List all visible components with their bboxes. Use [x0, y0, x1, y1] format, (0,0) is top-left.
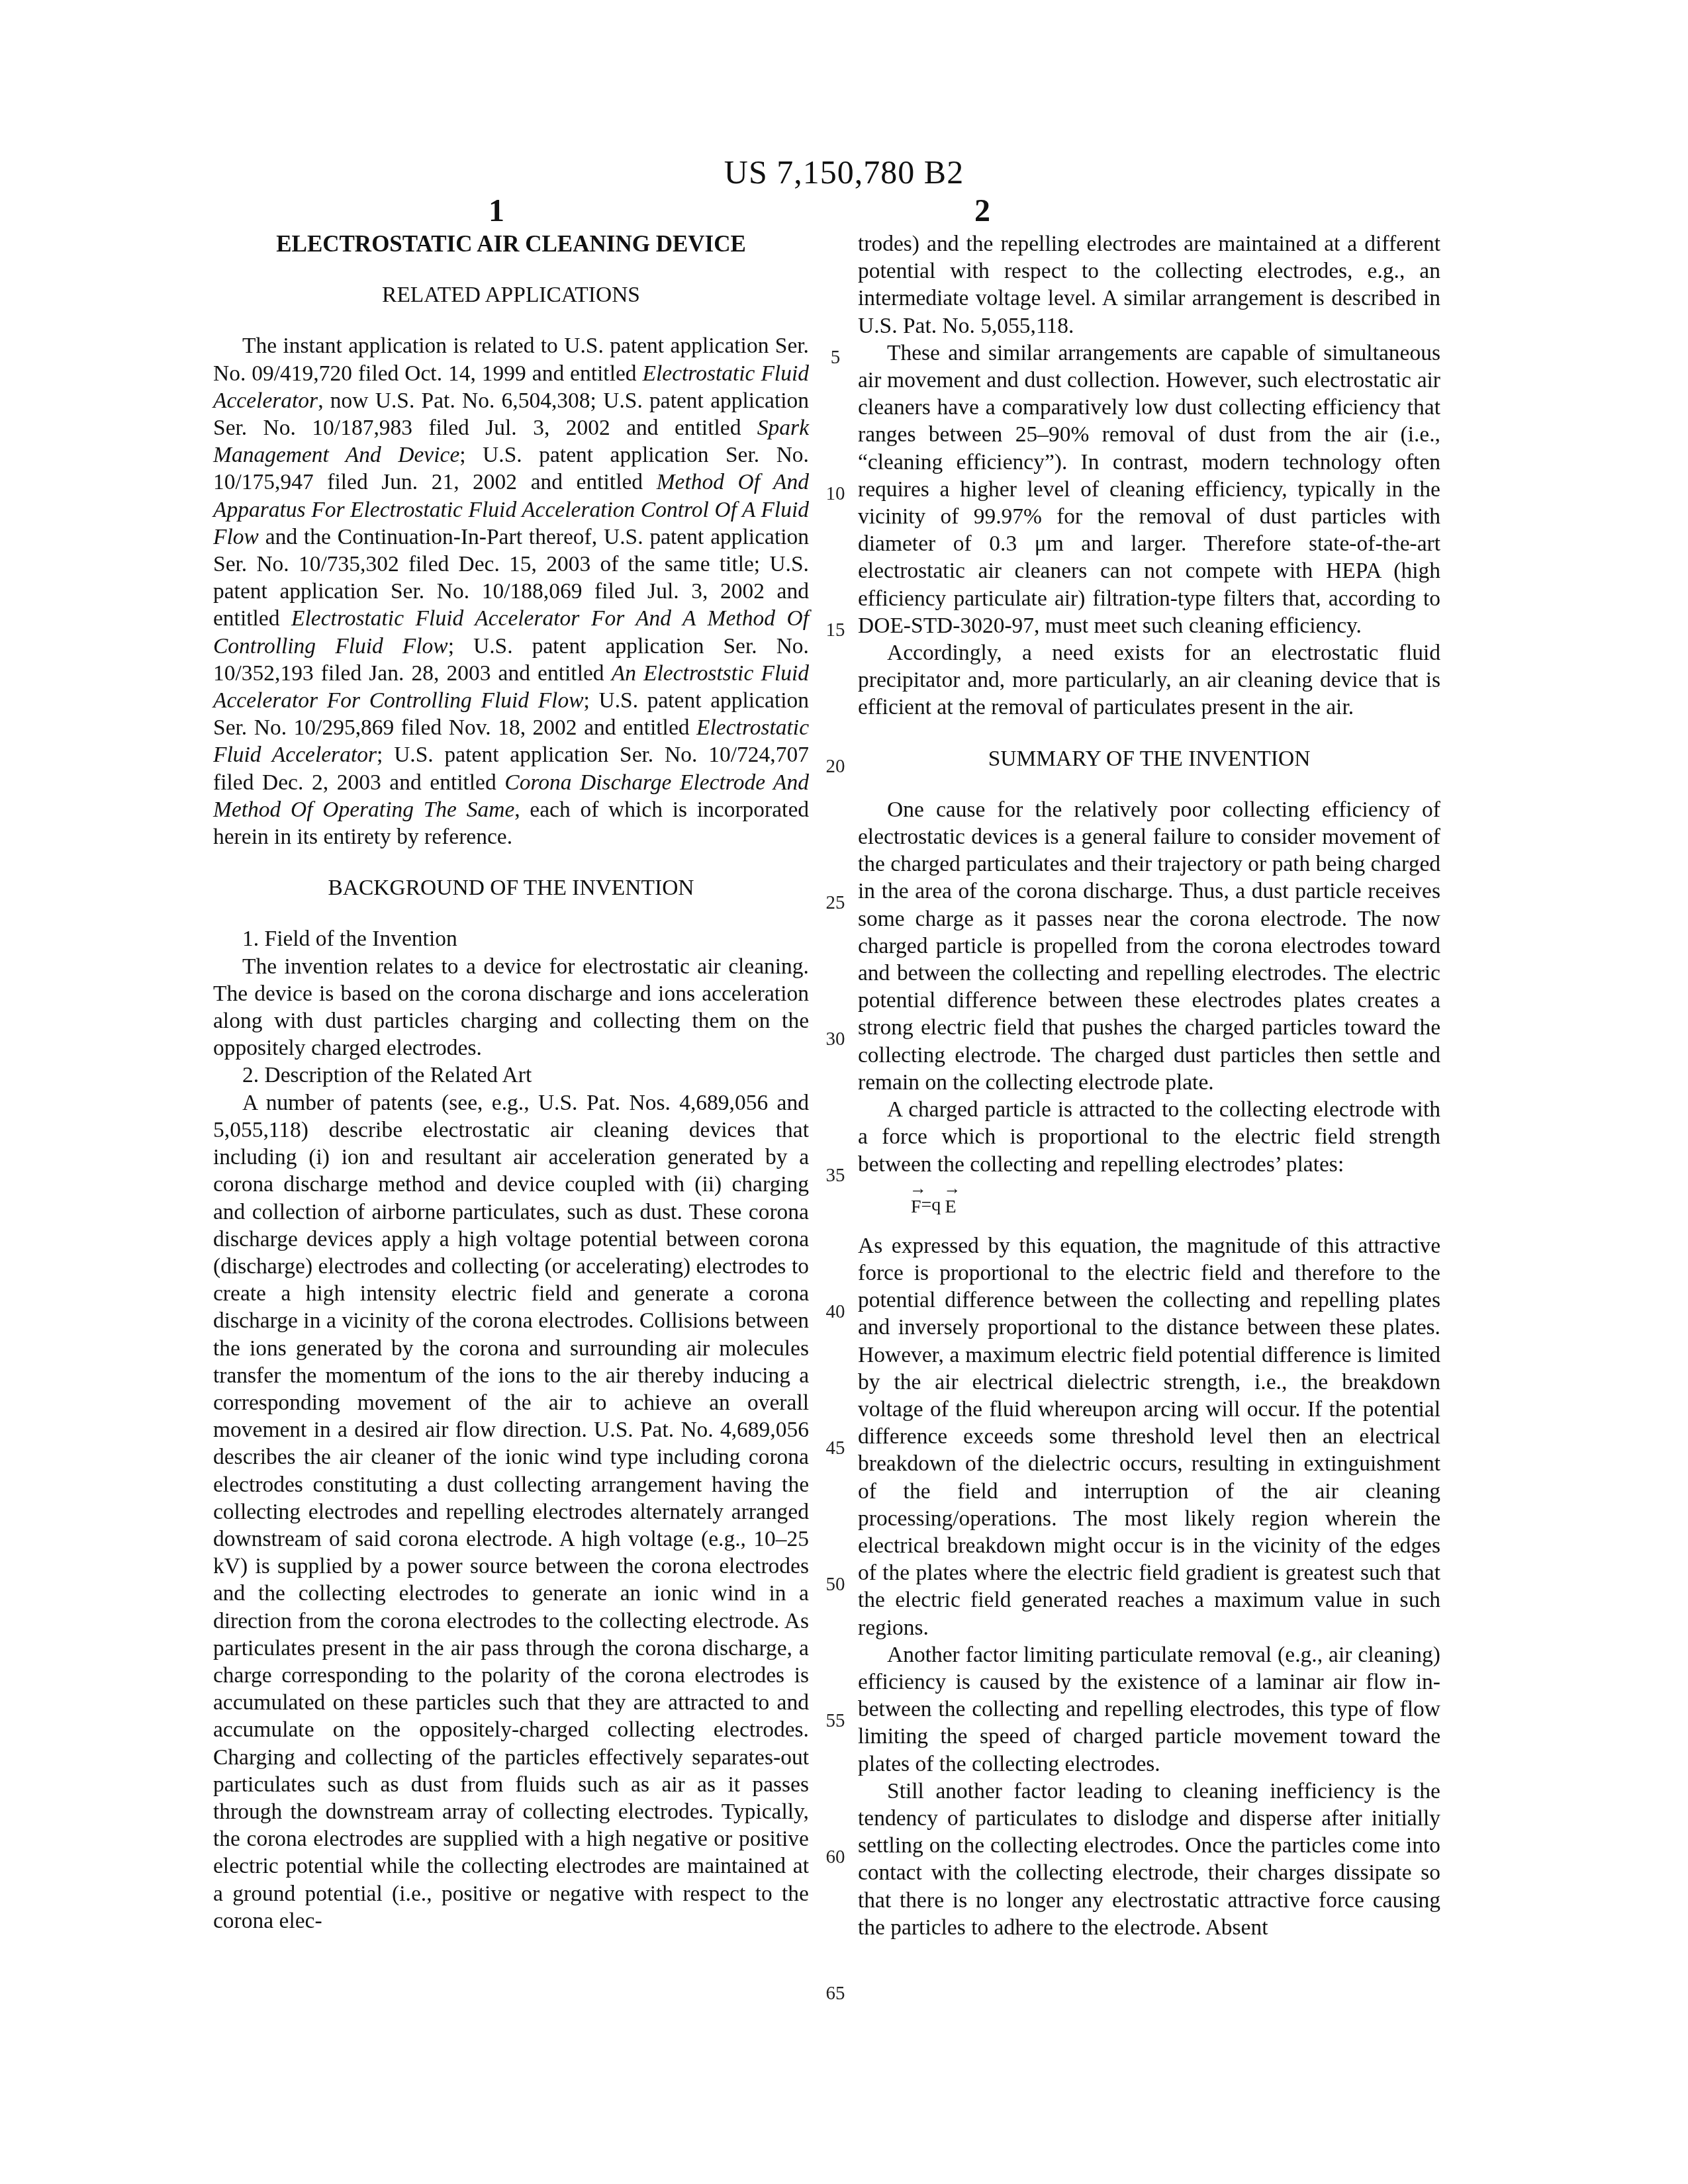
- left-column: ELECTROSTATIC AIR CLEANING DEVICE RELATE…: [213, 230, 809, 1934]
- related-applications-paragraph: The instant application is related to U.…: [213, 332, 809, 850]
- line-number: 20: [818, 753, 853, 780]
- related-art-paragraph: A number of patents (see, e.g., U.S. Pat…: [213, 1089, 809, 1934]
- right-column: trodes) and the repelling electrodes are…: [858, 230, 1440, 1941]
- related-art-subheading: 2. Description of the Related Art: [213, 1062, 809, 1089]
- summary-heading: SUMMARY OF THE INVENTION: [858, 745, 1440, 772]
- line-number: 10: [818, 480, 853, 508]
- continuation-paragraph: trodes) and the repelling electrodes are…: [858, 230, 1440, 340]
- column-number-right: 2: [962, 195, 1002, 228]
- paragraph-still-another: Still another factor leading to cleaning…: [858, 1778, 1440, 1941]
- line-number: 15: [818, 617, 853, 644]
- line-number: 30: [818, 1026, 853, 1053]
- line-number: 65: [818, 1980, 853, 2007]
- paragraph-accordingly: Accordingly, a need exists for an electr…: [858, 639, 1440, 721]
- line-number: 50: [818, 1571, 853, 1598]
- line-number: 45: [818, 1435, 853, 1462]
- related-applications-heading: RELATED APPLICATIONS: [213, 281, 809, 308]
- column-number-left: 1: [477, 195, 516, 228]
- line-number: 35: [818, 1162, 853, 1189]
- background-heading: BACKGROUND OF THE INVENTION: [213, 874, 809, 901]
- force-equation: F =q E: [858, 1178, 1440, 1232]
- paragraph-another-factor: Another factor limiting particulate remo…: [858, 1641, 1440, 1778]
- line-number: 40: [818, 1298, 853, 1326]
- field-subheading: 1. Field of the Invention: [213, 925, 809, 952]
- patent-number: US 7,150,780 B2: [0, 154, 1688, 191]
- paragraph-one-cause: One cause for the relatively poor collec…: [858, 796, 1440, 1096]
- field-paragraph: The invention relates to a device for el…: [213, 953, 809, 1062]
- line-number: 5: [818, 344, 853, 371]
- equation-field-vector: E: [945, 1176, 956, 1234]
- line-number: 25: [818, 889, 853, 917]
- paragraph-as-expressed: As expressed by this equation, the magni…: [858, 1232, 1440, 1641]
- document-title: ELECTROSTATIC AIR CLEANING DEVICE: [213, 230, 809, 257]
- line-number: 55: [818, 1707, 853, 1735]
- line-number: 60: [818, 1844, 853, 1871]
- paragraph-these-arrangements: These and similar arrangements are capab…: [858, 340, 1440, 639]
- equation-force-vector: F: [911, 1176, 921, 1234]
